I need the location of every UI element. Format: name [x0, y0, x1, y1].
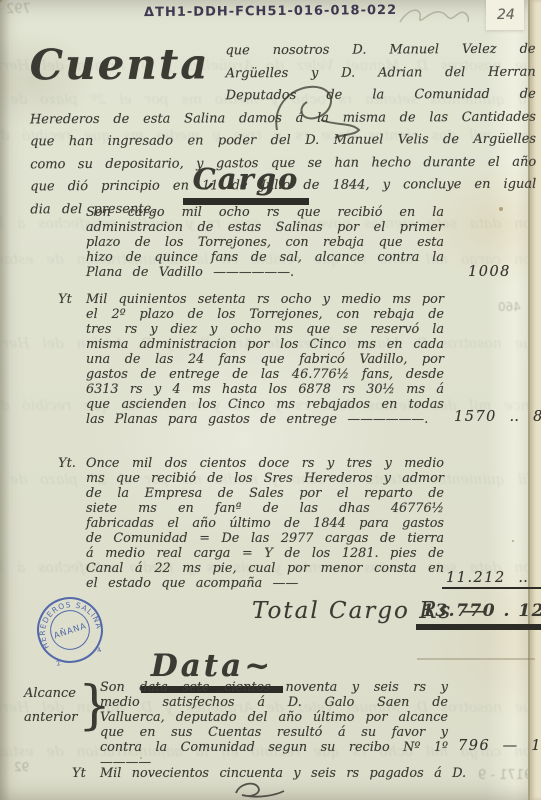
- cargo-entry-text: Once mil dos cientos doce rs y tres y me…: [86, 456, 444, 591]
- stamp-arc-text: HEREDEROS SALINAS: [15, 576, 105, 654]
- cargo-entry-amount: 1008: [468, 264, 511, 280]
- item-marker: Yt: [58, 292, 72, 307]
- item-marker: Yt: [72, 766, 86, 781]
- heading-swash: ~: [244, 648, 273, 684]
- total-cargo-amount: 13.770 . 12: [416, 601, 541, 624]
- folio-number: 24: [497, 7, 515, 23]
- cargo-entry-text: Mil quinientos setenta rs ocho y medio m…: [86, 292, 444, 427]
- item-marker: Yt.: [58, 456, 76, 471]
- data-entry-text: Son data sete cientos noventa y seis rs …: [100, 680, 448, 770]
- cargo-entry-text: Son cargo mil ocho rs que recibió en la …: [86, 205, 444, 280]
- bleed-through-number: 92: [14, 760, 29, 774]
- paper-stains: [0, 0, 2, 2]
- data-entry: Son data sete cientos noventa y seis rs …: [100, 680, 448, 770]
- catchword-flourish: [228, 779, 288, 800]
- bleed-through-number: 460: [498, 300, 521, 314]
- data-entry: Yt Mil novecientos cincuenta y seis rs p…: [100, 766, 500, 781]
- cargo-entry-amount: 1570 ‥ 8½: [454, 409, 541, 425]
- svg-text:HEREDEROS SALINAS: HEREDEROS SALINAS: [15, 576, 105, 654]
- manuscript-page: que nosotros D. Manuel Velez de Argüelle…: [0, 0, 541, 800]
- cargo-heading: Cargo: [0, 162, 492, 198]
- archival-reference-code: ΔTH1-DDH-FCH51-016-018-022: [144, 3, 414, 20]
- bleed-through-number: 792: [6, 2, 31, 17]
- pencil-scribble: [396, 2, 474, 32]
- opening-word: Cuenta: [30, 42, 210, 87]
- cargo-entry: Son cargo mil ocho rs que recibió en la …: [86, 205, 444, 280]
- cargo-entry: Yt Mil quinientos setenta rs ocho y medi…: [86, 292, 444, 427]
- data-entry-amount: 796 — 17: [458, 738, 541, 754]
- underlying-page-rule: [417, 658, 535, 660]
- cargo-entry-amount: 11.212 ‥ 3½: [442, 570, 541, 589]
- cargo-entry: Yt. Once mil dos cientos doce rs y tres …: [86, 456, 444, 591]
- margin-note-alcance-anterior: Alcance anterior: [24, 682, 86, 730]
- stamp-center-text: AÑANA: [52, 620, 87, 640]
